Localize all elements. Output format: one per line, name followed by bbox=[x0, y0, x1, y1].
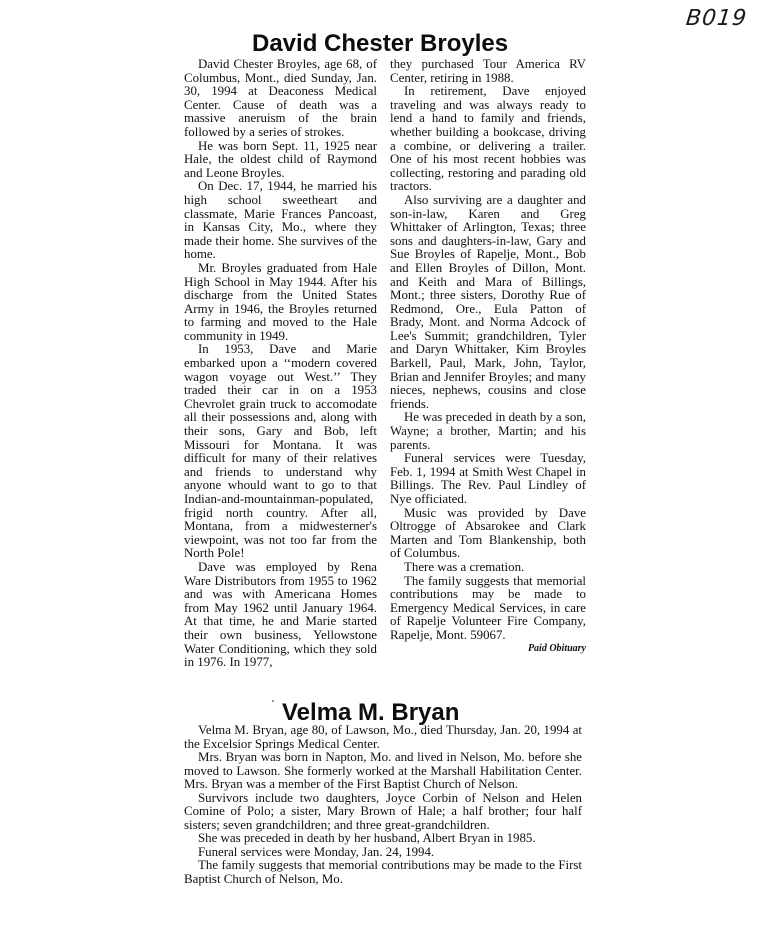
paragraph: Dave was employed by Rena Ware Distribut… bbox=[184, 561, 377, 670]
paragraph: In 1953, Dave and Marie embarked upon a … bbox=[184, 343, 377, 561]
paragraph: On Dec. 17, 1944, he married his high sc… bbox=[184, 180, 377, 262]
handwritten-page-id: B019 bbox=[685, 6, 749, 31]
paragraph: Mrs. Bryan was born in Napton, Mo. and l… bbox=[184, 751, 582, 792]
paragraph: The family suggests that memorial contri… bbox=[390, 575, 586, 643]
obituary-bryan-body: Velma M. Bryan, age 80, of Lawson, Mo., … bbox=[184, 724, 582, 886]
paragraph: Also surviving are a daughter and son-in… bbox=[390, 194, 586, 412]
paragraph: He was born Sept. 11, 1925 near Hale, th… bbox=[184, 140, 377, 181]
obituary-broyles-column-left: David Chester Broyles, age 68, of Columb… bbox=[184, 58, 377, 670]
paragraph: Music was provided by Dave Oltrogge of A… bbox=[390, 507, 586, 561]
scan-speck bbox=[272, 700, 274, 702]
paragraph: Mr. Broyles graduated from Hale High Sch… bbox=[184, 262, 377, 344]
paragraph: David Chester Broyles, age 68, of Columb… bbox=[184, 58, 377, 140]
paragraph-continued: they purchased Tour America RV Center, r… bbox=[390, 58, 586, 85]
paid-obituary-label: Paid Obituary bbox=[390, 643, 586, 654]
paragraph: The family suggests that memorial contri… bbox=[184, 859, 582, 886]
paragraph: She was preceded in death by her husband… bbox=[184, 832, 582, 846]
paragraph: He was preceded in death by a son, Wayne… bbox=[390, 411, 586, 452]
paragraph: In retirement, Dave enjoyed traveling an… bbox=[390, 85, 586, 194]
obituary-broyles-column-right: they purchased Tour America RV Center, r… bbox=[390, 58, 586, 654]
obituary-title-broyles: David Chester Broyles bbox=[252, 30, 508, 58]
paragraph: Survivors include two daughters, Joyce C… bbox=[184, 792, 582, 833]
paragraph: Velma M. Bryan, age 80, of Lawson, Mo., … bbox=[184, 724, 582, 751]
paragraph: Funeral services were Tuesday, Feb. 1, 1… bbox=[390, 452, 586, 506]
paragraph: There was a cremation. bbox=[390, 561, 586, 575]
paragraph: Funeral services were Monday, Jan. 24, 1… bbox=[184, 846, 582, 860]
